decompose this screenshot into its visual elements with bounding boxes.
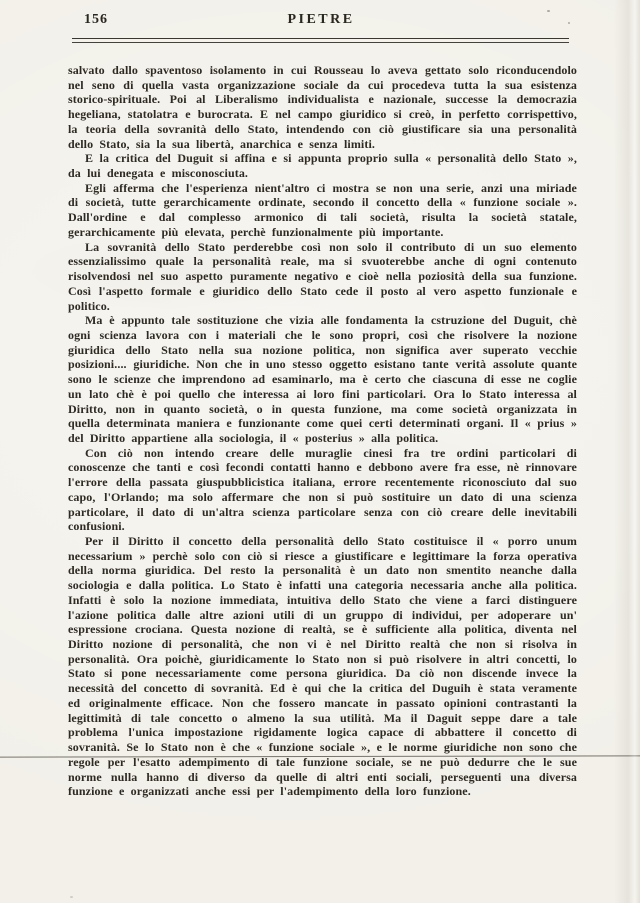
running-head: 156 PIETRE (72, 12, 570, 32)
paragraph: La sovranità dello Stato perderebbe così… (68, 240, 577, 314)
body-text: salvato dallo spaventoso isolamento in c… (68, 63, 577, 799)
paragraph: salvato dallo spaventoso isolamento in c… (68, 63, 577, 151)
paragraph: Per il Diritto il concetto della persona… (68, 534, 577, 799)
paragraph: Egli afferma che l'esperienza nient'altr… (68, 181, 577, 240)
paragraph: E la critica del Duguit si affina e si a… (68, 151, 577, 180)
running-title: PIETRE (72, 12, 570, 28)
scan-speck (70, 896, 73, 898)
paragraph: Ma è appunto tale sostituzione che vizia… (68, 313, 577, 445)
book-page-scan: 156 PIETRE salvato dallo spaventoso isol… (0, 0, 640, 903)
header-double-rule (72, 38, 569, 43)
paragraph: Con ciò non intendo creare delle muragli… (68, 446, 577, 534)
page-edge-shadow (614, 0, 640, 903)
